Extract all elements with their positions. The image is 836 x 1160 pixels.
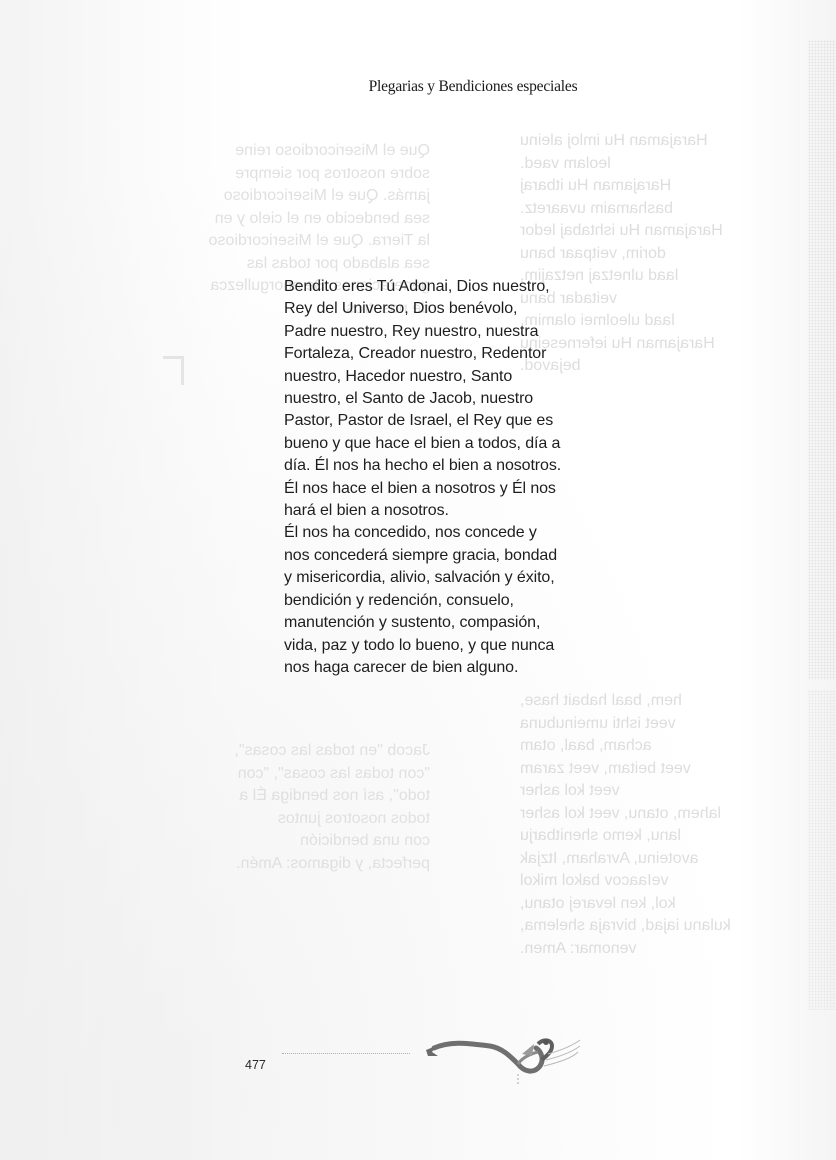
prayer-line: Pastor, Pastor de Israel, el Rey que es	[284, 410, 604, 432]
prayer-line: nos haga carecer de bien alguno.	[284, 657, 604, 679]
prayer-line: hará el bien a nosotros.	[284, 500, 604, 522]
prayer-line: Rey del Universo, Dios benévolo,	[284, 298, 604, 320]
prayer-line: Fortaleza, Creador nuestro, Redentor	[284, 343, 604, 365]
bleed-through-left-column-lower: Jacob "en todas las cosas", "con todas l…	[198, 740, 430, 875]
bleed-through-right-column-lower: hem, baal habait hase, veet ishti umeinu…	[520, 690, 750, 960]
prayer-text-block: Bendito eres Tú Adonai, Dios nuestro, Re…	[284, 276, 604, 679]
running-head: Plegarias y Bendiciones especiales	[0, 78, 836, 96]
page-number: 477	[245, 1058, 266, 1072]
prayer-line: manutención y sustento, compasión,	[284, 612, 604, 634]
adjacent-page-edge	[808, 40, 836, 680]
footer-dotted-rule	[282, 1053, 410, 1054]
scanned-book-page: Que el Misericordioso reine sobre nosotr…	[0, 0, 836, 1160]
bleed-through-hebrew-glyph-icon	[163, 356, 184, 385]
prayer-line: nuestro, el Santo de Jacob, nuestro	[284, 388, 604, 410]
prayer-line: bueno y que hace el bien a todos, día a	[284, 433, 604, 455]
adjacent-page-edge-lower	[808, 690, 836, 1010]
prayer-line: Él nos ha concedido, nos concede y	[284, 522, 604, 544]
prayer-line: Bendito eres Tú Adonai, Dios nuestro,	[284, 276, 604, 298]
prayer-line: Él nos hace el bien a nosotros y Él nos	[284, 478, 604, 500]
prayer-line: y misericordia, alivio, salvación y éxit…	[284, 567, 604, 589]
prayer-line: día. Él nos ha hecho el bien a nosotros.	[284, 455, 604, 477]
prayer-line: nuestro, Hacedor nuestro, Santo	[284, 366, 604, 388]
prayer-line: vida, paz y todo lo bueno, y que nunca	[284, 635, 604, 657]
prayer-line: bendición y redención, consuelo,	[284, 590, 604, 612]
ribbon-bird-ornament-icon	[422, 1030, 582, 1090]
prayer-line: Padre nuestro, Rey nuestro, nuestra	[284, 321, 604, 343]
prayer-line: nos concederá siempre gracia, bondad	[284, 545, 604, 567]
